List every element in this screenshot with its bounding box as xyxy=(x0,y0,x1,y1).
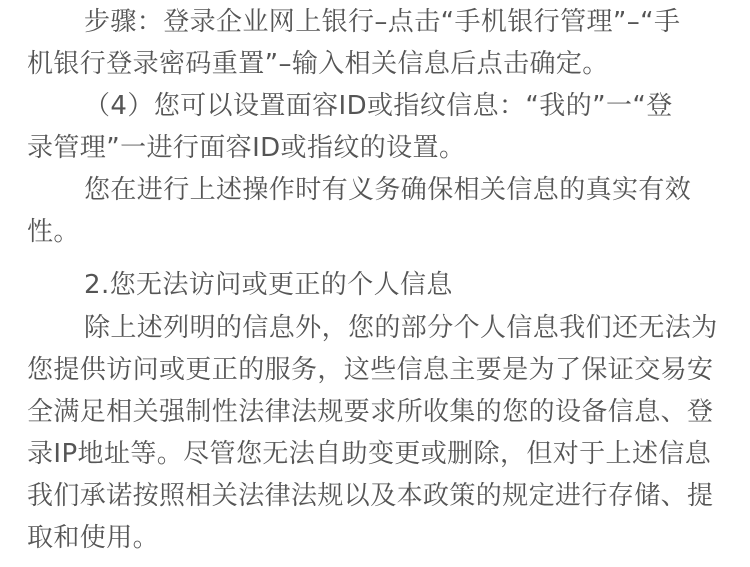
obligation-line-2: 性。 xyxy=(27,211,80,253)
step-line-1: 步骤：登录企业网上银行–点击“手机银行管理”–“手 xyxy=(84,1,680,43)
section-body-line-3: 全满足相关强制性法律法规要求所收集的您的设备信息、登 xyxy=(27,391,713,433)
item-4-line-1: （4）您可以设置面容ID或指纹信息：“我的”一“登 xyxy=(84,85,673,127)
section-heading: 2.您无法访问或更正的个人信息 xyxy=(84,264,453,306)
obligation-line-1: 您在进行上述操作时有义务确保相关信息的真实有效 xyxy=(84,169,691,211)
section-body-line-2: 您提供访问或更正的服务，这些信息主要是为了保证交易安 xyxy=(27,349,713,391)
step-line-2: 机银行登录密码重置”–输入相关信息后点击确定。 xyxy=(27,43,609,85)
section-body-line-5: 我们承诺按照相关法律法规以及本政策的规定进行存储、提 xyxy=(27,475,713,517)
section-body-line-1: 除上述列明的信息外，您的部分个人信息我们还无法为 xyxy=(84,307,718,349)
item-4-line-2: 录管理”一进行面容ID或指纹的设置。 xyxy=(27,127,465,169)
section-body-line-4: 录IP地址等。尽管您无法自助变更或删除，但对于上述信息 xyxy=(27,433,711,475)
policy-document: 步骤：登录企业网上银行–点击“手机银行管理”–“手 机银行登录密码重置”–输入相… xyxy=(0,0,750,567)
section-body-line-6: 取和使用。 xyxy=(27,517,159,559)
